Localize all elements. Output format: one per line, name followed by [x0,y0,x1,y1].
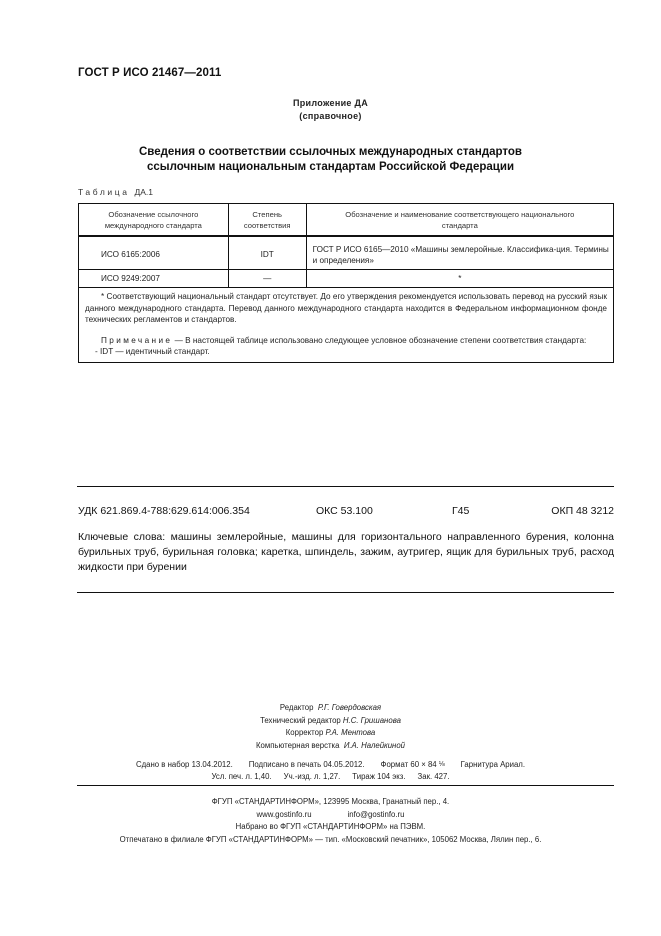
note-text: — В настоящей таблице использовано следу… [172,336,586,345]
document-code: ГОСТ Р ИСО 21467—2011 [78,67,221,79]
cell-national-standard: ГОСТ Р ИСО 6165—2010 «Машины землеройные… [306,236,613,270]
note-item: - IDT — идентичный стандарт. [85,346,607,358]
keywords: Ключевые слова: машины землеройные, маши… [78,530,614,575]
section-title-line-1: Сведения о соответствии ссылочных междун… [0,145,661,160]
credit-editor: Редактор Р.Г. Говердовская [0,702,661,715]
okp-code: ОКП 48 3212 [551,505,614,517]
table-label-word: Таблица [78,187,130,197]
email-link[interactable]: info@gostinfo.ru [348,810,405,819]
publisher-contacts: www.gostinfo.ruinfo@gostinfo.ru [0,809,661,822]
standards-correspondence-table: Обозначение ссылочного международного ст… [78,203,614,363]
publisher-address: ФГУП «СТАНДАРТИНФОРМ», 123995 Москва, Гр… [0,796,661,809]
table-row: ИСО 6165:2006 IDT ГОСТ Р ИСО 6165—2010 «… [79,236,614,270]
cell-national-standard: * [306,270,613,288]
typeface: Гарнитура Ариал. [461,760,525,769]
annex-subtitle: (справочное) [0,111,661,121]
website-link[interactable]: www.gostinfo.ru [257,810,312,819]
signed-date: Подписано в печать 04.05.2012. [249,760,365,769]
divider-middle [77,592,614,593]
publisher-sheets: Уч.-изд. л. 1,27. [284,772,341,781]
publication-details: Сдано в набор 13.04.2012.Подписано в печ… [0,759,661,783]
cell-degree: IDT [228,236,306,270]
publication-line-2: Усл. печ. л. 1,40.Уч.-изд. л. 1,27.Тираж… [0,771,661,783]
footnote-text: * Соответствующий национальный стандарт … [85,291,607,326]
cell-intl-standard: ИСО 6165:2006 [79,236,229,270]
print-run: Тираж 104 экз. [352,772,405,781]
printed-by: Отпечатано в филиале ФГУП «СТАНДАРТИНФОР… [0,834,661,847]
typeset-by: Набрано во ФГУП «СТАНДАРТИНФОРМ» на ПЭВМ… [0,821,661,834]
cell-intl-standard: ИСО 9249:2007 [79,270,229,288]
column-header-intl-standard: Обозначение ссылочного международного ст… [79,204,229,237]
divider-top [77,486,614,487]
credit-technical-editor: Технический редактор Н.С. Гришанова [0,715,661,728]
section-title: Сведения о соответствии ссылочных междун… [0,145,661,175]
table-note: Примечание — В настоящей таблице использ… [85,335,607,347]
keywords-label: Ключевые слова: [78,531,165,543]
paper-format: Формат 60 × 84 ⅛ [381,760,445,769]
classification-codes: УДК 621.869.4-788:629.614:006.354 ОКС 53… [78,505,614,519]
editorial-credits: Редактор Р.Г. Говердовская Технический р… [0,702,661,752]
print-sheets: Усл. печ. л. 1,40. [212,772,272,781]
column-header-national-standard: Обозначение и наименование соответствующ… [306,204,613,237]
typeset-date: Сдано в набор 13.04.2012. [136,760,233,769]
order-number: Зак. 427. [418,772,450,781]
divider-bottom [77,785,614,786]
column-header-degree: Степень соответствия [228,204,306,237]
publication-line-1: Сдано в набор 13.04.2012.Подписано в печ… [0,759,661,771]
section-title-line-2: ссылочным национальным стандартам Россий… [0,160,661,175]
imprint: ФГУП «СТАНДАРТИНФОРМ», 123995 Москва, Гр… [0,796,661,846]
credit-proofreader: Корректор Р.А. Ментова [0,727,661,740]
table-footnote-row: * Соответствующий национальный стандарт … [79,288,614,363]
table-label-number: ДА.1 [135,187,154,197]
format-fraction: ⅛ [439,761,445,768]
credit-layout: Компьютерная верстка И.А. Налейкиной [0,740,661,753]
note-label: Примечание [101,336,172,345]
table-header-row: Обозначение ссылочного международного ст… [79,204,614,237]
table-row: ИСО 9249:2007 — * [79,270,614,288]
oks-code: ОКС 53.100 [316,505,373,517]
annex-title: Приложение ДА [0,98,661,108]
table-footnote-cell: * Соответствующий национальный стандарт … [79,288,614,363]
cell-degree: — [228,270,306,288]
table-label: Таблица ДА.1 [78,187,153,197]
udk-code: УДК 621.869.4-788:629.614:006.354 [78,505,250,517]
group-code: Г45 [452,505,469,517]
